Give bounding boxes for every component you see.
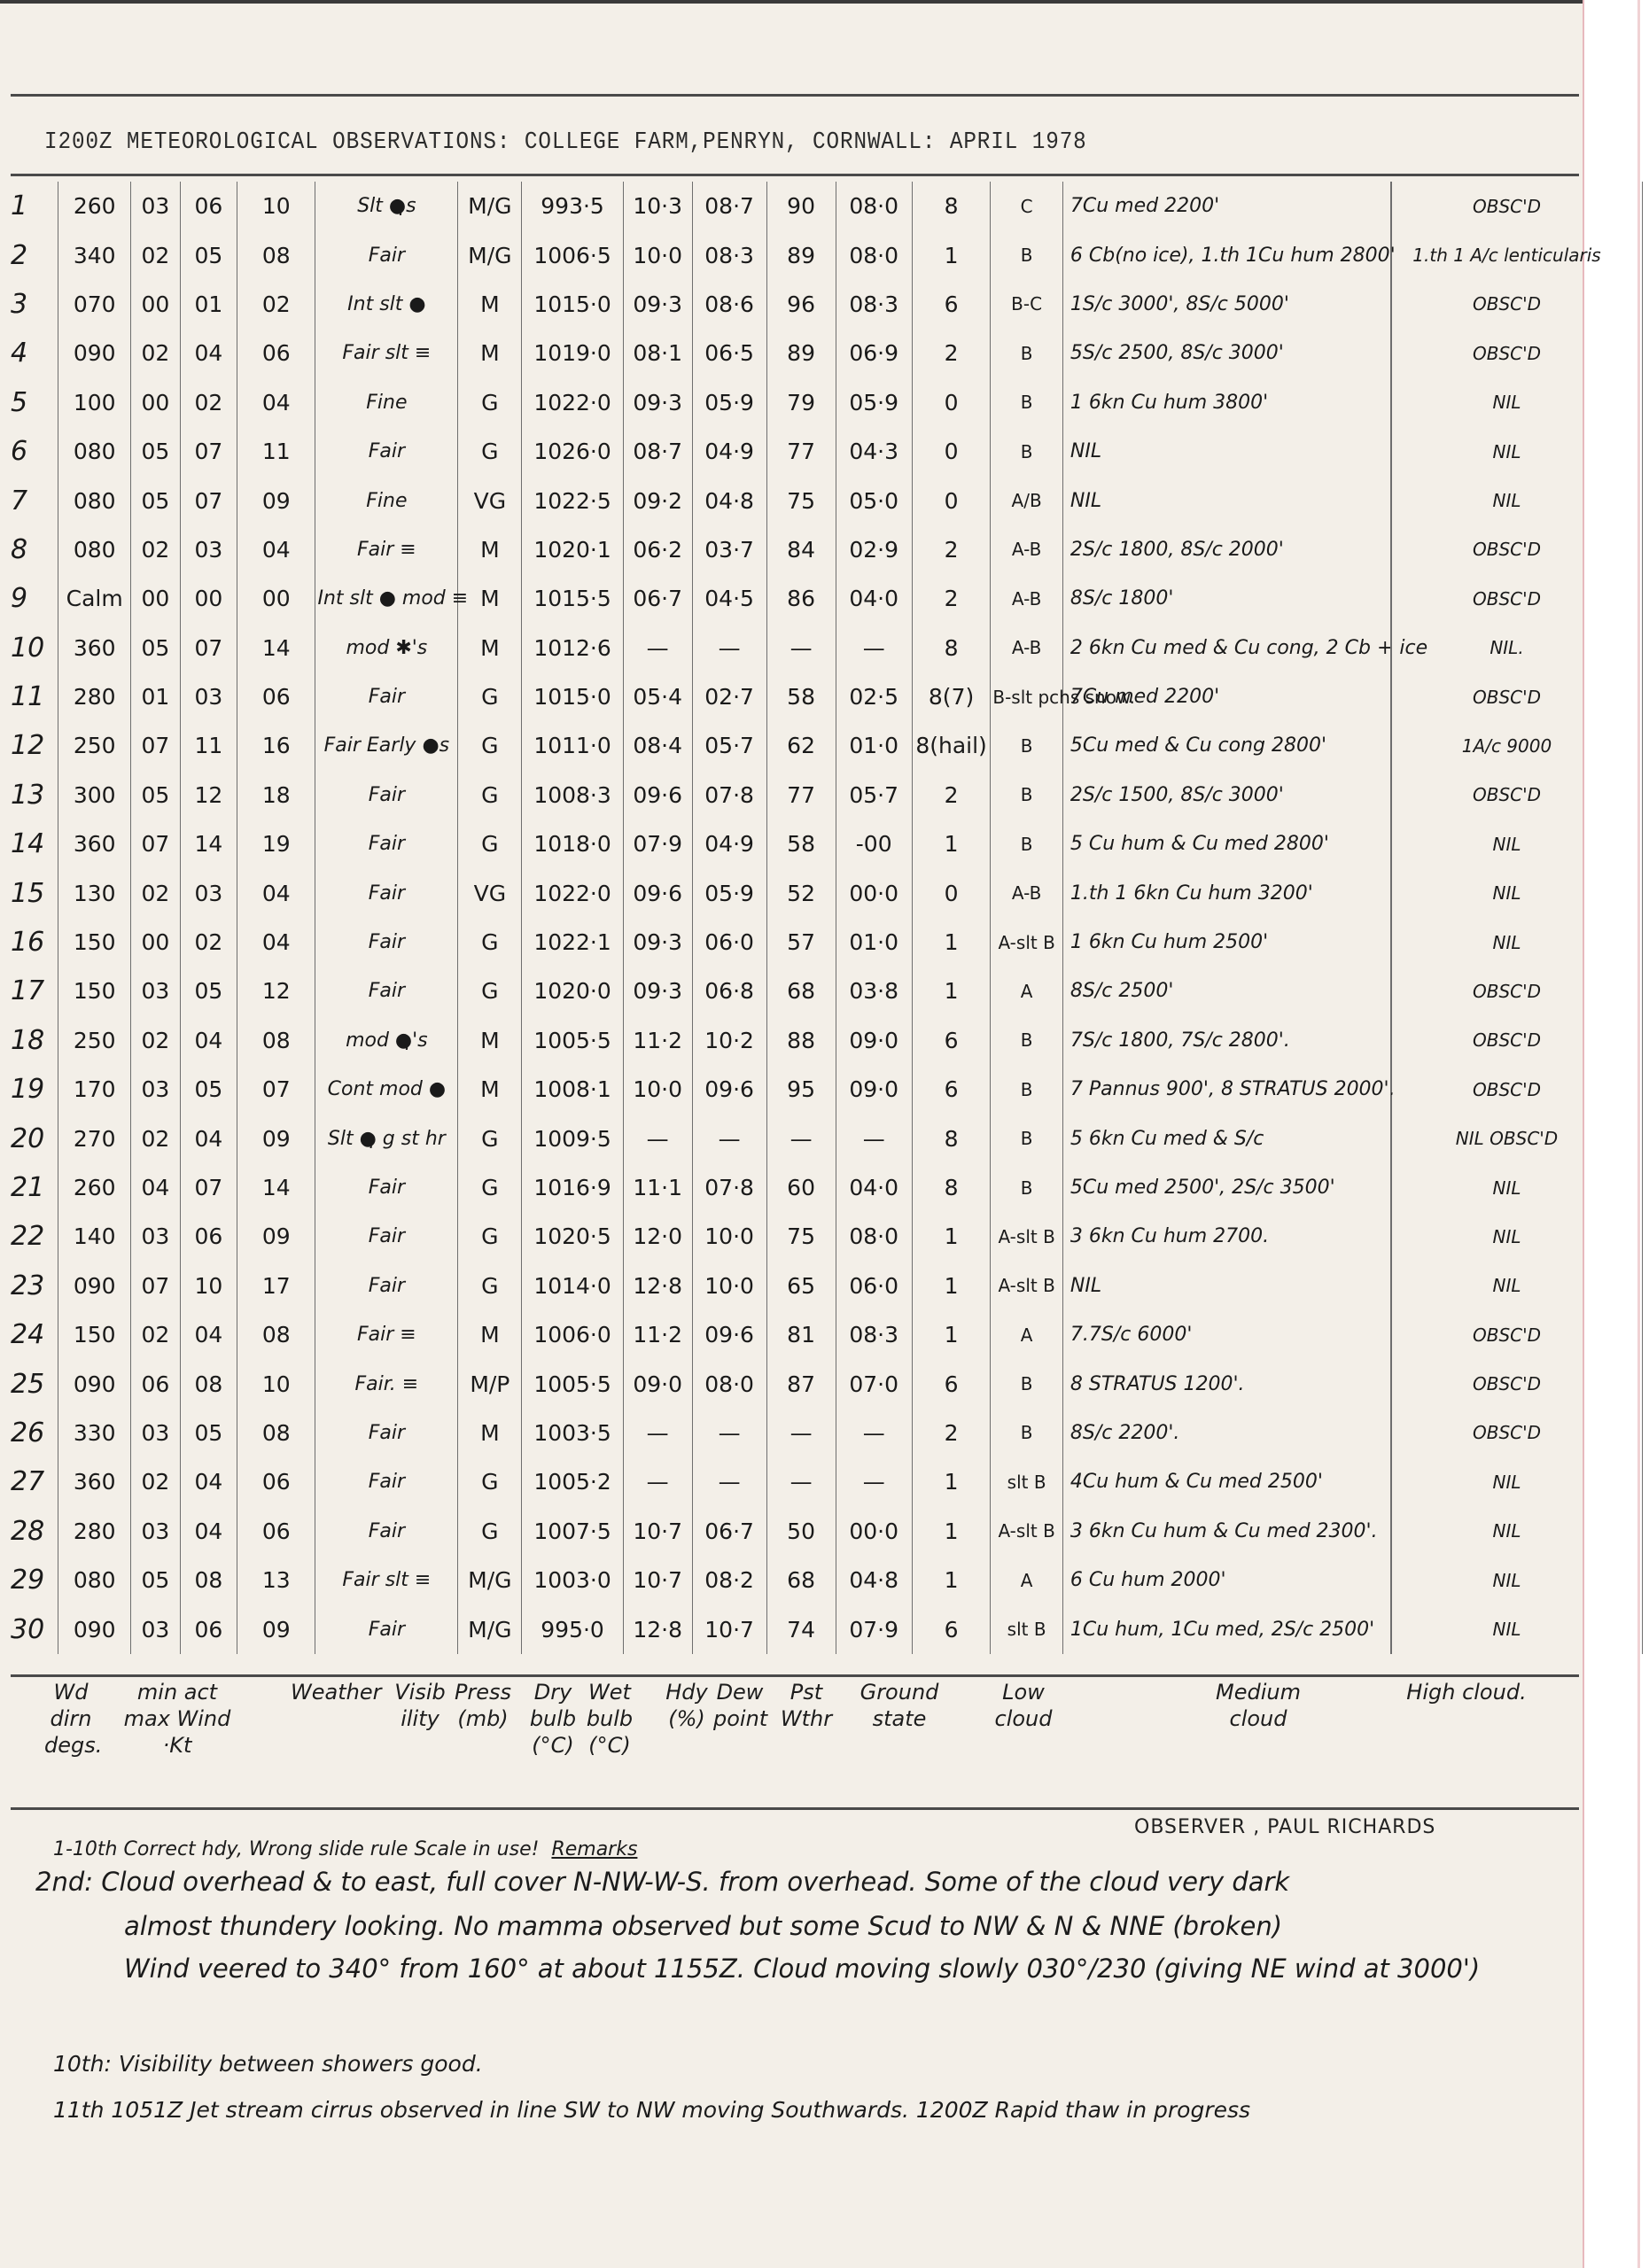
day-number-cell: 30	[9, 1604, 58, 1653]
wet-bulb-cell: 08·7	[692, 182, 766, 230]
pressure-cell: 1019·0	[522, 329, 623, 377]
column-rule	[1642, 1065, 1644, 1114]
pressure-cell: 1015·0	[522, 280, 623, 329]
wet-bulb-cell: 06·7	[692, 1507, 766, 1556]
divider	[11, 94, 1579, 97]
past-weather-cell: 8	[912, 1163, 991, 1212]
wind-actual-cell: 08	[180, 1359, 237, 1408]
column-rule	[1390, 230, 1392, 279]
weather-cell: Fine	[315, 476, 458, 524]
wind-min-cell: 02	[130, 230, 180, 279]
table-row: 14360071419FairG1018·007·904·958-001B5 C…	[9, 819, 1391, 868]
column-rule	[1390, 1163, 1392, 1212]
table-row: 6080050711FairG1026·008·704·97704·30BNIL…	[9, 427, 1391, 476]
weather-cell: Fair	[315, 1212, 458, 1261]
dew-point-cell: 02·5	[836, 672, 912, 721]
low-cloud-cell: 6 Cb(no ice), 1.th 1Cu hum 2800'	[1062, 230, 1391, 279]
pressure-cell: 1006·0	[522, 1310, 623, 1359]
dew-point-cell: 08·0	[836, 1212, 912, 1261]
ground-state-cell: A-slt B	[991, 1507, 1063, 1556]
wind-direction-cell: 250	[58, 721, 131, 770]
low-cloud-cell: 8S/c 2500'	[1062, 967, 1391, 1015]
legend-weather: Weather	[291, 1679, 362, 1705]
low-cloud-cell: 1S/c 3000', 8S/c 5000'	[1062, 280, 1391, 329]
day-number-cell: 27	[9, 1457, 58, 1506]
medium-cloud-cell: NIL	[1410, 1619, 1605, 1640]
humidity-cell: —	[766, 624, 836, 672]
remark-10th: 10th: Visibility between showers good.	[53, 2051, 483, 2077]
wet-bulb-cell: 05·9	[692, 378, 766, 427]
humidity-cell: 68	[766, 1556, 836, 1604]
medium-cloud-cell: NIL	[1410, 882, 1605, 904]
low-cloud-cell: NIL	[1062, 476, 1391, 524]
wind-min-cell: 03	[130, 967, 180, 1015]
past-weather-cell: 2	[912, 574, 991, 623]
medium-cloud-cell: OBSC'D	[1410, 539, 1605, 560]
column-rule	[1642, 771, 1644, 819]
medium-cloud-cell: NIL	[1410, 1275, 1605, 1296]
wind-min-cell: 02	[130, 1016, 180, 1065]
wind-actual-cell: 06	[180, 182, 237, 230]
wind-max-cell: 04	[237, 525, 315, 574]
table-row: 30090030609FairM/G995·012·810·77407·96sl…	[9, 1604, 1391, 1653]
medium-cloud-cell: OBSC'D	[1410, 1422, 1605, 1443]
low-cloud-cell: 7.7S/c 6000'	[1062, 1310, 1391, 1359]
medium-cloud-cell: OBSC'D	[1410, 687, 1605, 708]
wind-max-cell: 06	[237, 329, 315, 377]
humidity-cell: 77	[766, 427, 836, 476]
wind-direction-cell: Calm	[58, 574, 131, 623]
weather-cell: Slt ●̣ g st hr	[315, 1114, 458, 1162]
medium-cloud-cell: NIL	[1410, 1570, 1605, 1591]
column-rule	[1390, 1604, 1392, 1653]
remarks-heading: Remarks	[551, 1838, 637, 1860]
column-rule	[1642, 1016, 1644, 1065]
ground-state-cell: A/B	[991, 476, 1063, 524]
dry-bulb-cell: 10·7	[623, 1507, 692, 1556]
wet-bulb-cell: 04·9	[692, 819, 766, 868]
day-number-cell: 9	[9, 574, 58, 623]
dry-bulb-cell: 09·2	[623, 476, 692, 524]
past-weather-cell: 1	[912, 819, 991, 868]
table-row: 4090020406Fair slt ≡M1019·008·106·58906·…	[9, 329, 1391, 377]
column-rule	[1642, 1212, 1644, 1261]
dry-bulb-cell: 10·0	[623, 230, 692, 279]
wind-direction-cell: 090	[58, 1359, 131, 1408]
legend-low-cloud: Low cloud	[984, 1679, 1063, 1732]
wind-max-cell: 08	[237, 1016, 315, 1065]
column-rule	[1642, 624, 1644, 672]
medium-cloud-cell: OBSC'D	[1410, 784, 1605, 805]
column-rule	[1390, 1065, 1392, 1114]
low-cloud-cell: 7S/c 1800, 7S/c 2800'.	[1062, 1016, 1391, 1065]
wind-min-cell: 05	[130, 771, 180, 819]
pressure-cell: 995·0	[522, 1604, 623, 1653]
low-cloud-cell: 7Cu med 2200'	[1062, 672, 1391, 721]
day-number-cell: 7	[9, 476, 58, 524]
wind-actual-cell: 04	[180, 329, 237, 377]
day-number-cell: 3	[9, 280, 58, 329]
remark-note-1-10: 1-10th Correct hdy, Wrong slide rule Sca…	[53, 1838, 637, 1860]
dew-point-cell: 05·0	[836, 476, 912, 524]
dry-bulb-cell: 06·7	[623, 574, 692, 623]
column-rule	[1390, 624, 1392, 672]
past-weather-cell: 1	[912, 1457, 991, 1506]
column-rule	[1390, 1507, 1392, 1556]
wind-actual-cell: 07	[180, 1163, 237, 1212]
medium-cloud-cell: 1.th 1 A/c lenticularis	[1410, 245, 1605, 266]
ground-state-cell: A-slt B	[991, 918, 1063, 967]
humidity-cell: 68	[766, 967, 836, 1015]
pressure-cell: 1026·0	[522, 427, 623, 476]
wet-bulb-cell: 04·8	[692, 476, 766, 524]
wet-bulb-cell: 06·8	[692, 967, 766, 1015]
ground-state-cell: B	[991, 427, 1063, 476]
past-weather-cell: 2	[912, 525, 991, 574]
medium-cloud-cell: NIL	[1410, 1177, 1605, 1199]
remark-2nd-b: almost thundery looking. No mamma observ…	[124, 1911, 1282, 1941]
wind-max-cell: 11	[237, 427, 315, 476]
wind-direction-cell: 150	[58, 1310, 131, 1359]
past-weather-cell: 8	[912, 624, 991, 672]
pressure-cell: 1022·5	[522, 476, 623, 524]
scan-edge	[0, 0, 1583, 4]
humidity-cell: 87	[766, 1359, 836, 1408]
low-cloud-cell: NIL	[1062, 427, 1391, 476]
dew-point-cell: 00·0	[836, 868, 912, 917]
column-rule	[1390, 868, 1392, 917]
wind-actual-cell: 05	[180, 967, 237, 1015]
ground-state-cell: B-slt pchs snow.	[991, 672, 1063, 721]
table-row: 3070000102Int slt ●M1015·009·308·69608·3…	[9, 280, 1391, 329]
dry-bulb-cell: 12·8	[623, 1604, 692, 1653]
humidity-cell: 96	[766, 280, 836, 329]
table-row: 5100000204FineG1022·009·305·97905·90B1 6…	[9, 378, 1391, 427]
humidity-cell: 90	[766, 182, 836, 230]
day-number-cell: 5	[9, 378, 58, 427]
dry-bulb-cell: 11·2	[623, 1016, 692, 1065]
wind-min-cell: 05	[130, 427, 180, 476]
past-weather-cell: 6	[912, 1065, 991, 1114]
dew-point-cell: 08·3	[836, 280, 912, 329]
visibility-cell: G	[458, 1507, 522, 1556]
wind-direction-cell: 280	[58, 1507, 131, 1556]
visibility-cell: M	[458, 329, 522, 377]
low-cloud-cell: 5S/c 2500, 8S/c 3000'	[1062, 329, 1391, 377]
column-rule	[1642, 280, 1644, 329]
dew-point-cell: 07·9	[836, 1604, 912, 1653]
day-number-cell: 2	[9, 230, 58, 279]
legend-medium-cloud: Medium cloud	[1214, 1679, 1303, 1732]
table-row: 28280030406FairG1007·510·706·75000·01A-s…	[9, 1507, 1391, 1556]
column-rule	[1642, 1310, 1644, 1359]
dew-point-cell: 05·9	[836, 378, 912, 427]
medium-cloud-cell: NIL	[1410, 1472, 1605, 1493]
table-row: 17150030512FairG1020·009·306·86803·81A8S…	[9, 967, 1391, 1015]
wind-max-cell: 19	[237, 819, 315, 868]
dry-bulb-cell: 10·0	[623, 1065, 692, 1114]
dew-point-cell: 03·8	[836, 967, 912, 1015]
past-weather-cell: 1	[912, 1310, 991, 1359]
visibility-cell: M/G	[458, 1604, 522, 1653]
pressure-cell: 1020·0	[522, 967, 623, 1015]
wind-actual-cell: 14	[180, 819, 237, 868]
pressure-cell: 993·5	[522, 182, 623, 230]
past-weather-cell: 8(hail)	[912, 721, 991, 770]
column-rule	[1642, 1114, 1644, 1162]
visibility-cell: G	[458, 819, 522, 868]
wind-direction-cell: 080	[58, 427, 131, 476]
low-cloud-cell: 2 6kn Cu med & Cu cong, 2 Cb + ice	[1062, 624, 1391, 672]
column-rule	[1642, 868, 1644, 917]
wind-actual-cell: 07	[180, 624, 237, 672]
pressure-cell: 1005·2	[522, 1457, 623, 1506]
page-title: I200Z METEOROLOGICAL OBSERVATIONS: COLLE…	[44, 129, 1087, 156]
column-rule	[1390, 1359, 1392, 1408]
dry-bulb-cell: 07·9	[623, 819, 692, 868]
column-rule	[1390, 1212, 1392, 1261]
dry-bulb-cell: 05·4	[623, 672, 692, 721]
day-number-cell: 4	[9, 329, 58, 377]
visibility-cell: G	[458, 672, 522, 721]
wind-max-cell: 10	[237, 182, 315, 230]
ground-state-cell: A-B	[991, 525, 1063, 574]
table-row: 11280010306FairG1015·005·402·75802·58(7)…	[9, 672, 1391, 721]
wet-bulb-cell: 02·7	[692, 672, 766, 721]
visibility-cell: M/P	[458, 1359, 522, 1408]
past-weather-cell: 2	[912, 329, 991, 377]
dry-bulb-cell: 10·3	[623, 182, 692, 230]
table-row: 29080050813Fair slt ≡M/G1003·010·708·268…	[9, 1556, 1391, 1604]
weather-cell: mod ✱'s	[315, 624, 458, 672]
dew-point-cell: 04·8	[836, 1556, 912, 1604]
wind-actual-cell: 04	[180, 1310, 237, 1359]
wind-min-cell: 03	[130, 1212, 180, 1261]
wind-min-cell: 05	[130, 1556, 180, 1604]
wet-bulb-cell: 05·9	[692, 868, 766, 917]
wind-min-cell: 02	[130, 1457, 180, 1506]
dry-bulb-cell: 08·1	[623, 329, 692, 377]
table-row: 24150020408Fair ≡M1006·011·209·68108·31A…	[9, 1310, 1391, 1359]
past-weather-cell: 2	[912, 771, 991, 819]
visibility-cell: G	[458, 378, 522, 427]
wind-direction-cell: 280	[58, 672, 131, 721]
wind-min-cell: 07	[130, 1262, 180, 1310]
column-rule	[1390, 574, 1392, 623]
wet-bulb-cell: 08·6	[692, 280, 766, 329]
pressure-cell: 1003·5	[522, 1409, 623, 1457]
wind-actual-cell: 06	[180, 1604, 237, 1653]
wind-min-cell: 07	[130, 819, 180, 868]
ground-state-cell: B	[991, 1409, 1063, 1457]
ground-state-cell: B	[991, 1065, 1063, 1114]
wind-max-cell: 09	[237, 1604, 315, 1653]
wind-actual-cell: 04	[180, 1114, 237, 1162]
weather-cell: Fair	[315, 967, 458, 1015]
day-number-cell: 22	[9, 1212, 58, 1261]
wind-direction-cell: 140	[58, 1212, 131, 1261]
table-row: 7080050709FineVG1022·509·204·87505·00A/B…	[9, 476, 1391, 524]
wind-actual-cell: 03	[180, 672, 237, 721]
wind-direction-cell: 150	[58, 967, 131, 1015]
column-rule	[1642, 1262, 1644, 1310]
ground-state-cell: A	[991, 967, 1063, 1015]
low-cloud-cell: 2S/c 1500, 8S/c 3000'	[1062, 771, 1391, 819]
dew-point-cell: 08·0	[836, 182, 912, 230]
dew-point-cell: 04·0	[836, 574, 912, 623]
weather-cell: Fair	[315, 819, 458, 868]
wind-direction-cell: 360	[58, 624, 131, 672]
wind-min-cell: 00	[130, 574, 180, 623]
weather-cell: Fair. ≡	[315, 1359, 458, 1408]
dew-point-cell: 04·3	[836, 427, 912, 476]
visibility-cell: VG	[458, 868, 522, 917]
weather-cell: Int slt ●	[315, 280, 458, 329]
wind-direction-cell: 130	[58, 868, 131, 917]
wind-direction-cell: 070	[58, 280, 131, 329]
low-cloud-cell: 6 Cu hum 2000'	[1062, 1556, 1391, 1604]
dry-bulb-cell: 12·0	[623, 1212, 692, 1261]
log-sheet: I200Z METEOROLOGICAL OBSERVATIONS: COLLE…	[0, 0, 1584, 2268]
wet-bulb-cell: 08·2	[692, 1556, 766, 1604]
day-number-cell: 14	[9, 819, 58, 868]
column-rule	[1390, 819, 1392, 868]
legend-wet-bulb: Wet bulb (°C)	[583, 1679, 636, 1759]
wind-min-cell: 02	[130, 868, 180, 917]
wind-actual-cell: 06	[180, 1212, 237, 1261]
low-cloud-cell: 5 Cu hum & Cu med 2800'	[1062, 819, 1391, 868]
humidity-cell: —	[766, 1409, 836, 1457]
ground-state-cell: B	[991, 329, 1063, 377]
wind-min-cell: 02	[130, 329, 180, 377]
day-number-cell: 29	[9, 1556, 58, 1604]
medium-cloud-cell: NIL	[1410, 441, 1605, 462]
visibility-cell: M/G	[458, 230, 522, 279]
weather-cell: Slt ●̣s	[315, 182, 458, 230]
dew-point-cell: —	[836, 1409, 912, 1457]
low-cloud-cell: 7 Pannus 900', 8 STRATUS 2000'.	[1062, 1065, 1391, 1114]
dry-bulb-cell: 11·2	[623, 1310, 692, 1359]
weather-cell: Fair	[315, 918, 458, 967]
wind-actual-cell: 00	[180, 574, 237, 623]
day-number-cell: 24	[9, 1310, 58, 1359]
column-rule	[1642, 1507, 1644, 1556]
ground-state-cell: A-slt B	[991, 1262, 1063, 1310]
visibility-cell: M	[458, 1409, 522, 1457]
legend-visibility: Visib ility	[393, 1679, 447, 1732]
wind-max-cell: 18	[237, 771, 315, 819]
weather-cell: Fair slt ≡	[315, 329, 458, 377]
dew-point-cell: 06·9	[836, 329, 912, 377]
wind-max-cell: 17	[237, 1262, 315, 1310]
divider	[11, 1674, 1579, 1677]
weather-cell: Fair	[315, 427, 458, 476]
column-legend: Wd dirn degs. min act max Wind ·Kt Weath…	[9, 1679, 1568, 1807]
dew-point-cell: 08·3	[836, 1310, 912, 1359]
medium-cloud-cell: NIL.	[1410, 637, 1605, 658]
pressure-cell: 1018·0	[522, 819, 623, 868]
wind-direction-cell: 100	[58, 378, 131, 427]
humidity-cell: 57	[766, 918, 836, 967]
weather-cell: Fair	[315, 771, 458, 819]
visibility-cell: M	[458, 624, 522, 672]
dry-bulb-cell: —	[623, 1409, 692, 1457]
day-number-cell: 23	[9, 1262, 58, 1310]
visibility-cell: M	[458, 525, 522, 574]
wind-max-cell: 08	[237, 1409, 315, 1457]
past-weather-cell: 6	[912, 1604, 991, 1653]
humidity-cell: 84	[766, 525, 836, 574]
low-cloud-cell: 5 6kn Cu med & S/c	[1062, 1114, 1391, 1162]
weather-cell: Fine	[315, 378, 458, 427]
medium-cloud-cell: OBSC'D	[1410, 1079, 1605, 1100]
wind-max-cell: 08	[237, 1310, 315, 1359]
wind-min-cell: 02	[130, 525, 180, 574]
table-row: 25090060810Fair. ≡M/P1005·509·008·08707·…	[9, 1359, 1391, 1408]
day-number-cell: 13	[9, 771, 58, 819]
wet-bulb-cell: 09·6	[692, 1310, 766, 1359]
wind-direction-cell: 250	[58, 1016, 131, 1065]
wind-actual-cell: 05	[180, 230, 237, 279]
dry-bulb-cell: 06·2	[623, 525, 692, 574]
wind-max-cell: 09	[237, 476, 315, 524]
ground-state-cell: B	[991, 819, 1063, 868]
dew-point-cell: 09·0	[836, 1016, 912, 1065]
humidity-cell: 79	[766, 378, 836, 427]
wet-bulb-cell: 07·8	[692, 771, 766, 819]
column-rule	[1390, 721, 1392, 770]
pressure-cell: 1007·5	[522, 1507, 623, 1556]
wind-max-cell: 06	[237, 672, 315, 721]
humidity-cell: 65	[766, 1262, 836, 1310]
table-row: 2340020508FairM/G1006·510·008·38908·01B6…	[9, 230, 1391, 279]
past-weather-cell: 0	[912, 476, 991, 524]
past-weather-cell: 0	[912, 378, 991, 427]
past-weather-cell: 1	[912, 230, 991, 279]
ground-state-cell: A	[991, 1556, 1063, 1604]
wind-min-cell: 03	[130, 1507, 180, 1556]
weather-cell: Fair ≡	[315, 525, 458, 574]
wet-bulb-cell: 10·7	[692, 1604, 766, 1653]
column-rule	[1642, 918, 1644, 967]
table-row: 16150000204FairG1022·109·306·05701·01A-s…	[9, 918, 1391, 967]
weather-cell: Fair	[315, 868, 458, 917]
legend-pressure: Press (mb)	[452, 1679, 514, 1732]
column-rule	[1390, 1556, 1392, 1604]
low-cloud-cell: 5Cu med & Cu cong 2800'	[1062, 721, 1391, 770]
wet-bulb-cell: 10·0	[692, 1262, 766, 1310]
table-row: 27360020406FairG1005·2————1slt B4Cu hum …	[9, 1457, 1391, 1506]
wind-min-cell: 00	[130, 918, 180, 967]
wind-max-cell: 00	[237, 574, 315, 623]
dry-bulb-cell: 09·0	[623, 1359, 692, 1408]
humidity-cell: 86	[766, 574, 836, 623]
table-row: 1260030610Slt ●̣sM/G993·510·308·79008·08…	[9, 182, 1391, 230]
pressure-cell: 1006·5	[522, 230, 623, 279]
wind-min-cell: 03	[130, 182, 180, 230]
legend-high-cloud: High cloud.	[1400, 1679, 1533, 1705]
past-weather-cell: 8(7)	[912, 672, 991, 721]
pressure-cell: 1003·0	[522, 1556, 623, 1604]
ground-state-cell: A-B	[991, 868, 1063, 917]
dew-point-cell: 07·0	[836, 1359, 912, 1408]
column-rule	[1390, 280, 1392, 329]
dew-point-cell: 00·0	[836, 1507, 912, 1556]
column-rule	[1642, 1457, 1644, 1506]
column-rule	[1642, 182, 1644, 230]
wind-direction-cell: 090	[58, 1262, 131, 1310]
day-number-cell: 17	[9, 967, 58, 1015]
